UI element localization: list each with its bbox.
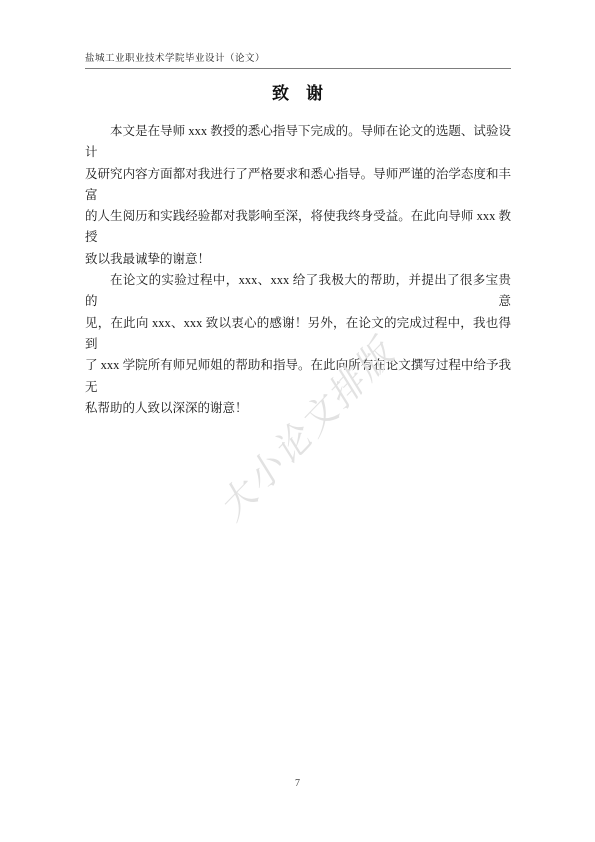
paragraph-line: 的人生阅历和实践经验都对我影响至深，将使我终身受益。在此向导师 xxx 教授 [85, 206, 511, 249]
page-number: 7 [0, 778, 595, 789]
paragraph-line: 了 xxx 学院所有师兄师姐的帮助和指导。在此向所有在论文撰写过程中给予我无 [85, 355, 511, 398]
document-page: 盐城工业职业技术学院毕业设计（论文） 致 谢 本文是在导师 xxx 教授的悉心指… [0, 0, 595, 842]
paragraph: 本文是在导师 xxx 教授的悉心指导下完成的。导师在论文的选题、试验设计 及研究… [85, 121, 511, 270]
paragraph-line: 及研究内容方面都对我进行了严格要求和悉心指导。导师严谨的治学态度和丰富 [85, 164, 511, 207]
paragraph-line: 见，在此向 xxx、xxx 致以衷心的感谢！另外，在论文的完成过程中，我也得到 [85, 313, 511, 356]
paragraph: 在论文的实验过程中，xxx、xxx 给了我极大的帮助，并提出了很多宝贵的意 见，… [85, 270, 511, 419]
paragraph-line: 致以我最诚挚的谢意！ [85, 249, 511, 270]
body-text: 本文是在导师 xxx 教授的悉心指导下完成的。导师在论文的选题、试验设计 及研究… [85, 121, 511, 419]
page-header: 盐城工业职业技术学院毕业设计（论文） [85, 50, 511, 69]
paragraph-line: 私帮助的人致以深深的谢意！ [85, 398, 511, 419]
page-title: 致 谢 [0, 79, 595, 104]
paragraph-line: 本文是在导师 xxx 教授的悉心指导下完成的。导师在论文的选题、试验设计 [85, 121, 511, 164]
paragraph-line: 在论文的实验过程中，xxx、xxx 给了我极大的帮助，并提出了很多宝贵的意 [85, 270, 511, 313]
